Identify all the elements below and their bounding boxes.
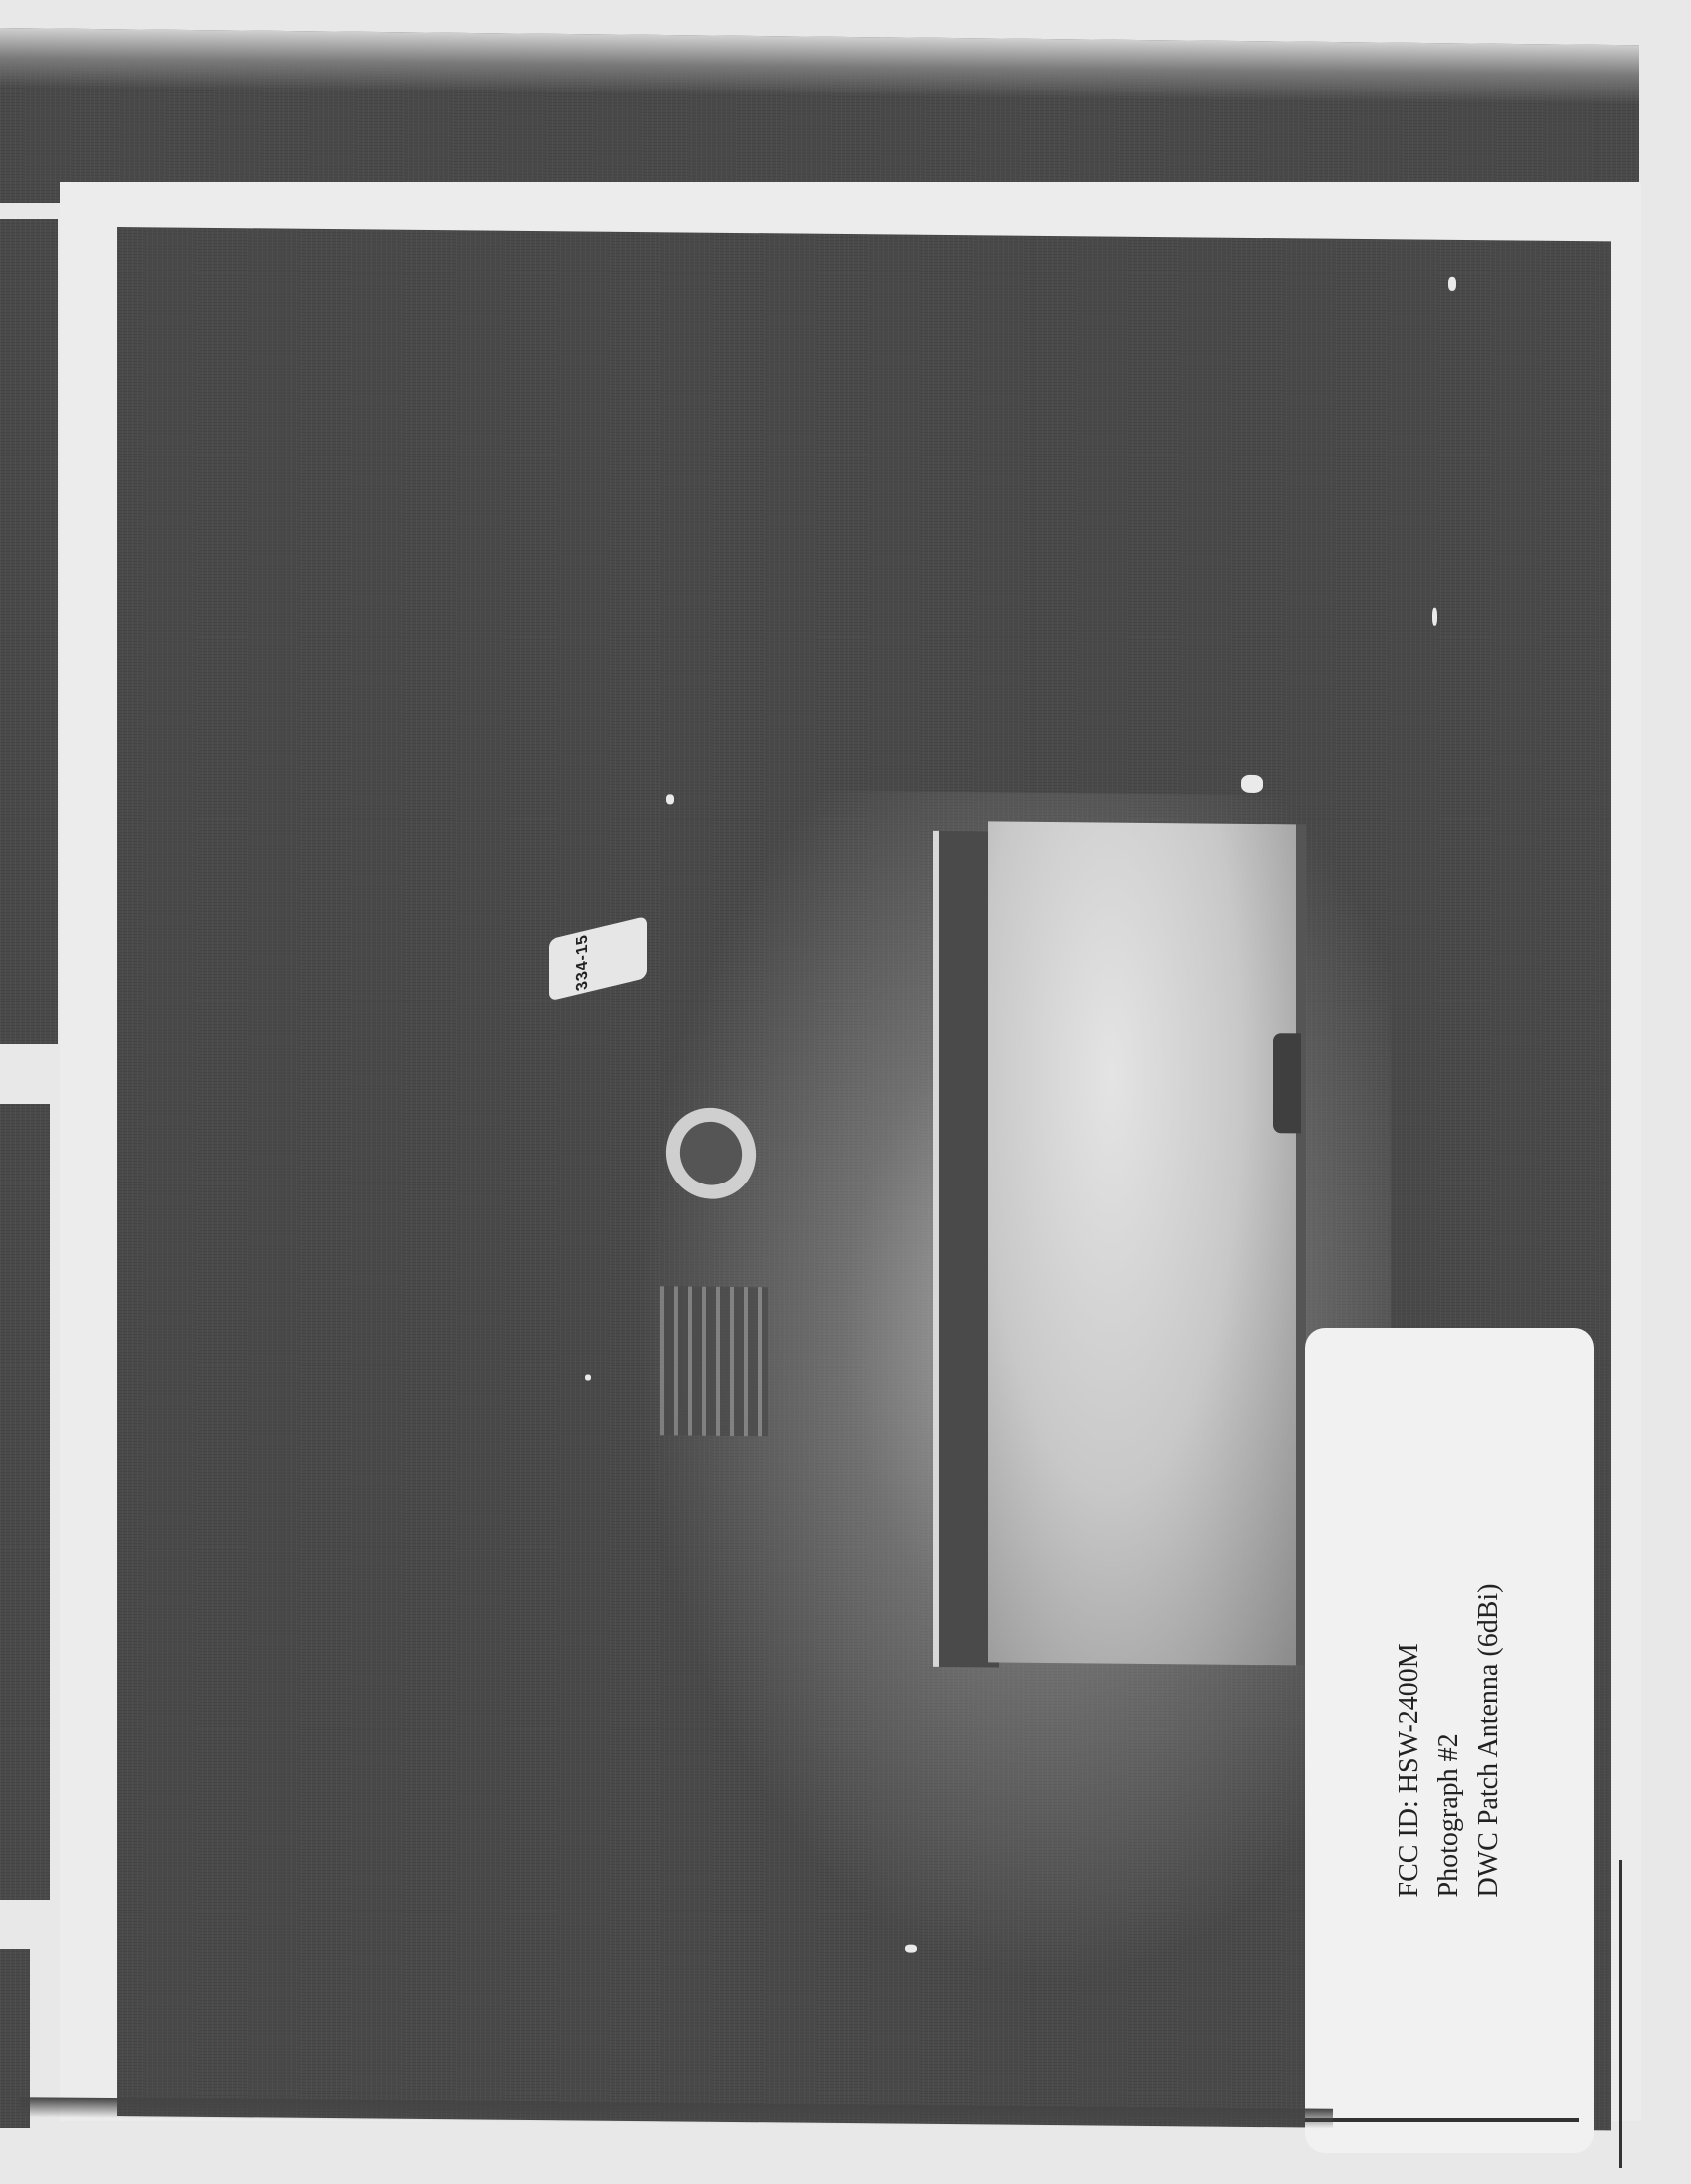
- vent-grill: [660, 1286, 768, 1436]
- dust-speck: [666, 794, 674, 804]
- dust-speck: [905, 1945, 917, 1953]
- serial-number-text: 334-15: [574, 932, 592, 992]
- dust-speck: [1241, 775, 1263, 793]
- dust-speck: [1432, 608, 1437, 626]
- scan-left-edge-strip: [0, 179, 60, 203]
- fcc-id-line: FCC ID: HSW-2400M: [1390, 1584, 1429, 1898]
- dust-speck: [1448, 277, 1456, 291]
- fcc-label-text: FCC ID: HSW-2400M Photograph #2 DWC Patc…: [1390, 1584, 1509, 1898]
- photograph-number-line: Photograph #2: [1429, 1584, 1469, 1898]
- patch-antenna-panel: [988, 821, 1306, 1665]
- page-right-edge-line: [1619, 1860, 1622, 2168]
- antenna-mounting-notch: [1273, 1033, 1301, 1133]
- fcc-label-card: FCC ID: HSW-2400M Photograph #2 DWC Patc…: [1305, 1328, 1594, 2153]
- serial-number-sticker: 334-15: [549, 916, 647, 1001]
- dust-speck: [585, 1375, 591, 1381]
- antenna-description-line: DWC Patch Antenna (6dBi): [1469, 1584, 1509, 1898]
- scan-left-edge-strip: [0, 219, 58, 1044]
- frame-bottom-edge-line: [1305, 2118, 1579, 2122]
- scan-left-edge-strip: [0, 1104, 50, 1900]
